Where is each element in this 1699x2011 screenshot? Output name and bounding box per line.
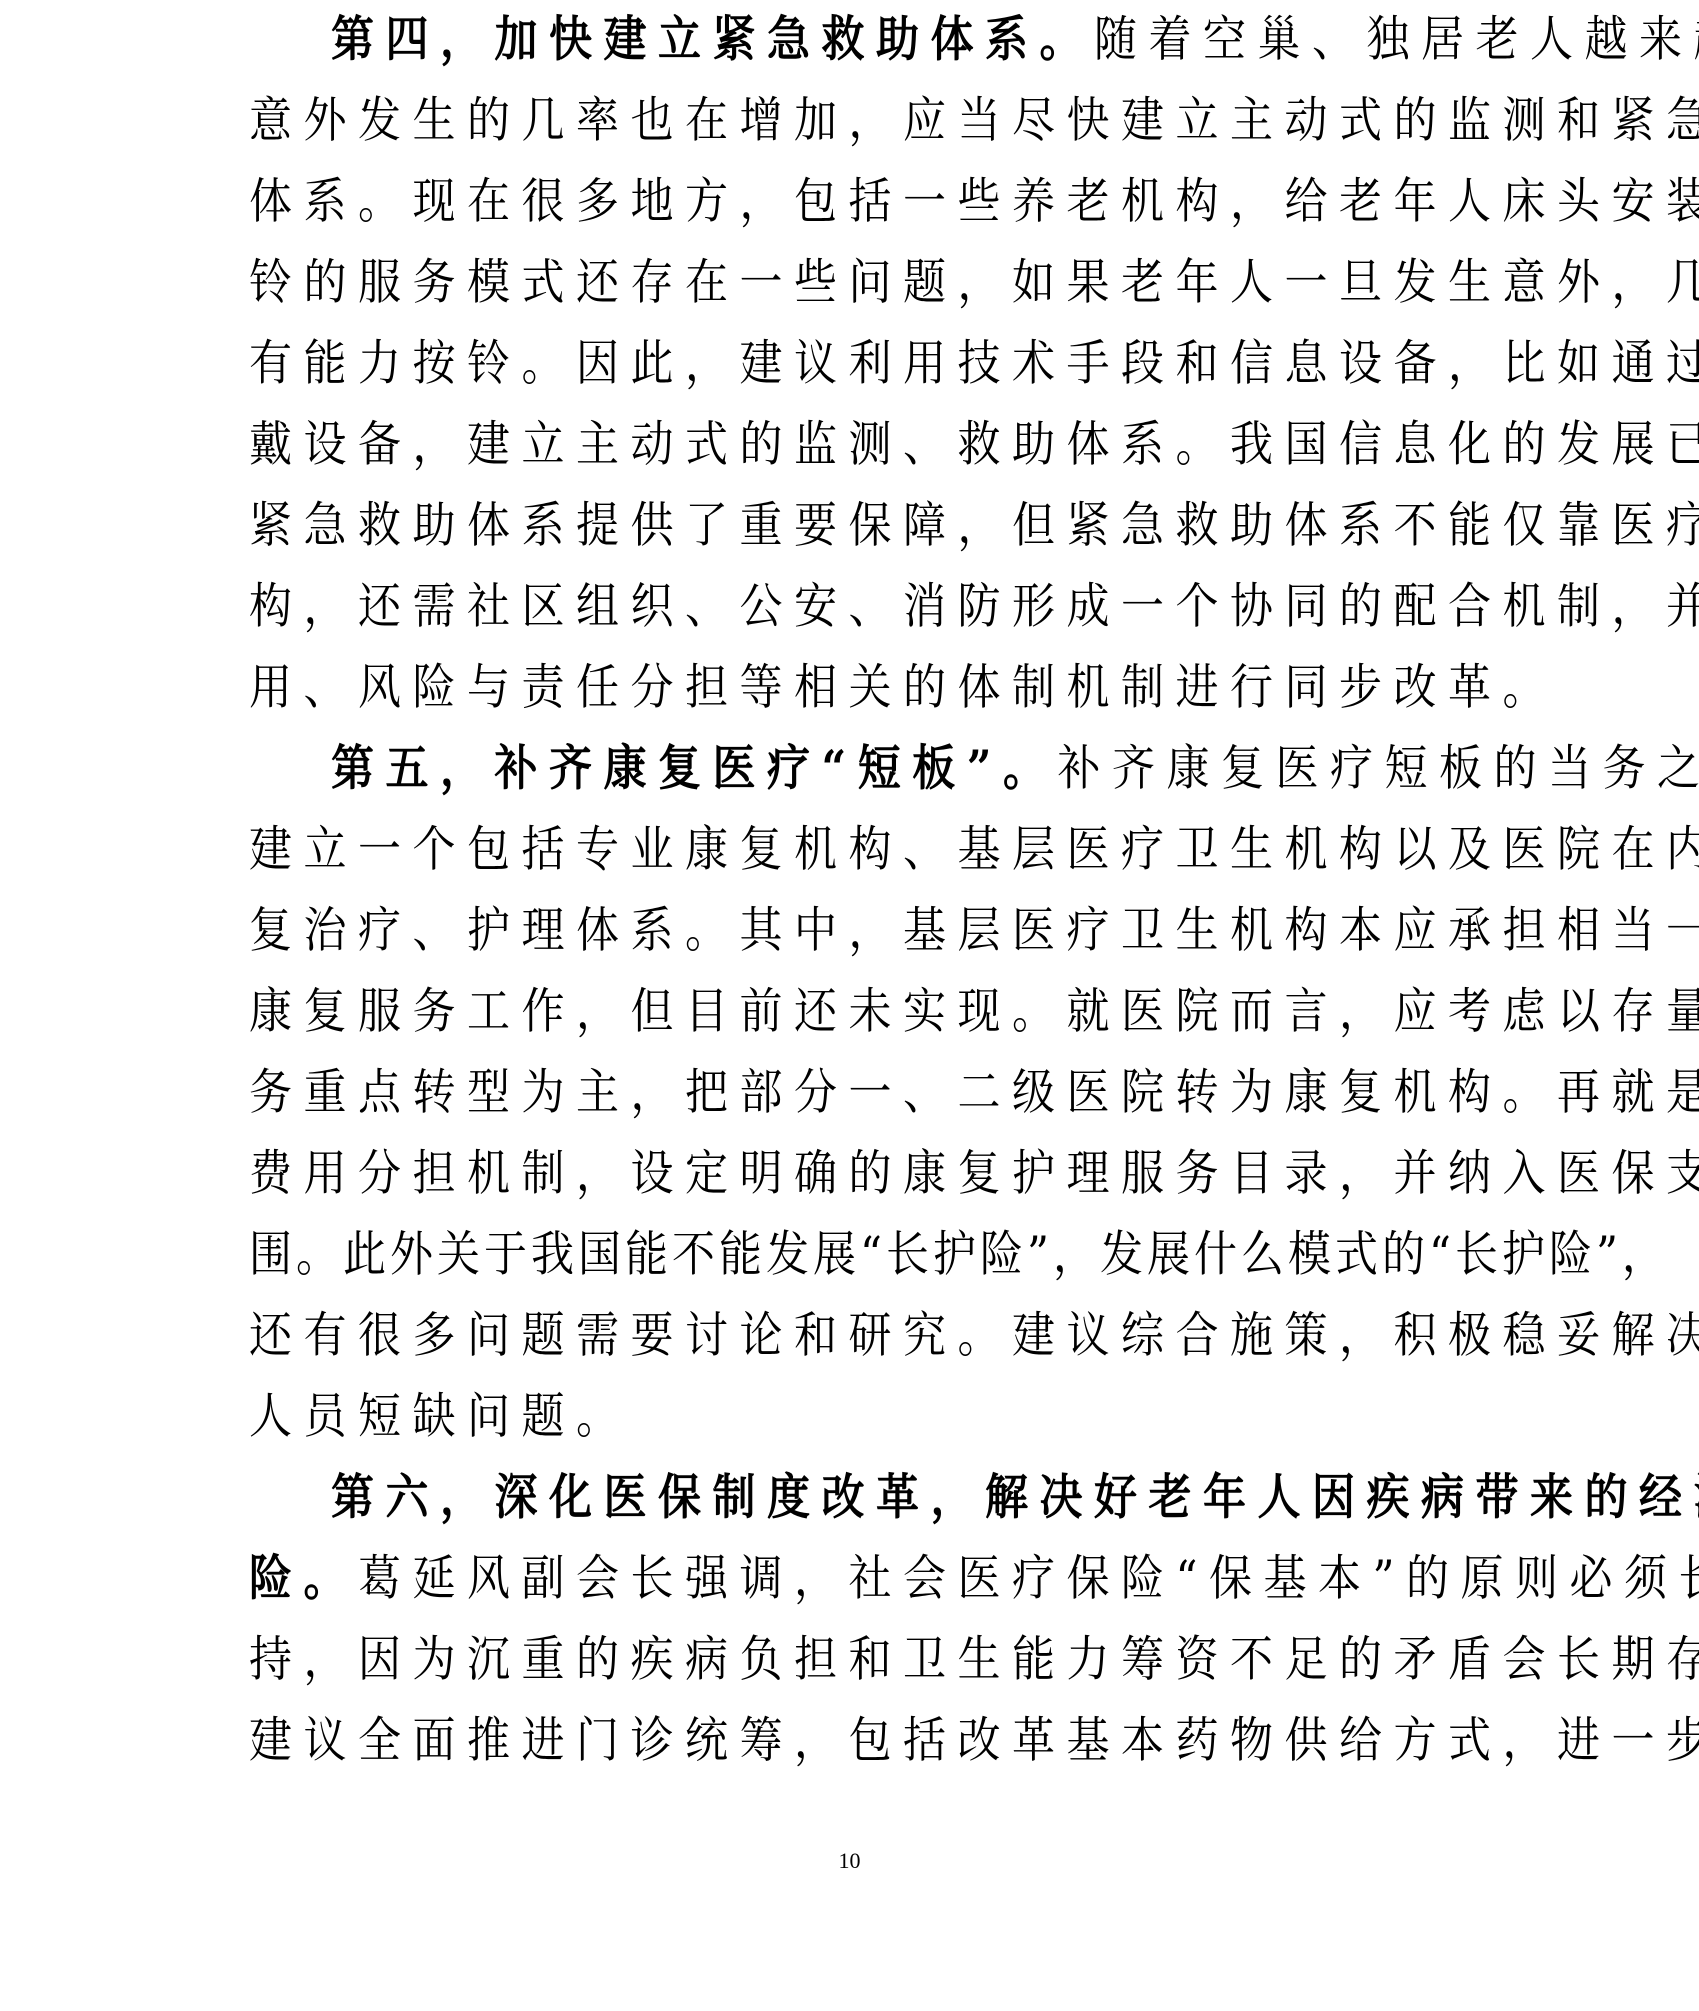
text-line: 第六，深化医保制度改革，解决好老年人因疾病带来的经济风 <box>249 1453 1451 1544</box>
text-line: 第四，加快建立紧急救助体系。随着空巢、独居老人越来越多， <box>249 0 1451 86</box>
text-line: 人员短缺问题。 <box>249 1372 1451 1463</box>
text-line: 围。此外关于我国能不能发展“长护险”，发展什么模式的“长护险”， <box>249 1210 1451 1301</box>
text-line: 第五，补齐康复医疗“短板”。补齐康复医疗短板的当务之急应 <box>249 724 1451 815</box>
text-line: 复治疗、护理体系。其中，基层医疗卫生机构本应承担相当一部分 <box>249 886 1451 977</box>
text-line: 构，还需社区组织、公安、消防形成一个协同的配合机制，并对费 <box>249 562 1451 653</box>
page-number: 10 <box>0 1848 1699 1874</box>
text-line: 体系。现在很多地方，包括一些养老机构，给老年人床头安装呼唤 <box>249 157 1451 248</box>
text-line: 紧急救助体系提供了重要保障，但紧急救助体系不能仅靠医疗机 <box>249 481 1451 572</box>
paragraph-heading: 第六，深化医保制度改革，解决好老年人因疾病带来的经济风 <box>331 1470 1699 1526</box>
text-line: 有能力按铃。因此，建议利用技术手段和信息设备，比如通过可穿 <box>249 319 1451 410</box>
text-line: 建议全面推进门诊统筹，包括改革基本药物供给方式，进一步完善 <box>249 1696 1451 1787</box>
text-line: 费用分担机制，设定明确的康复护理服务目录，并纳入医保支付范 <box>249 1129 1451 1220</box>
text-line: 持，因为沉重的疾病负担和卫生能力筹资不足的矛盾会长期存在。 <box>249 1615 1451 1706</box>
text-line: 务重点转型为主，把部分一、二级医院转为康复机构。再就是完善 <box>249 1048 1451 1139</box>
text-line: 意外发生的几率也在增加，应当尽快建立主动式的监测和紧急救助 <box>249 76 1451 167</box>
text-line: 康复服务工作，但目前还未实现。就医院而言，应考虑以存量和服 <box>249 967 1451 1058</box>
text-line: 铃的服务模式还存在一些问题，如果老年人一旦发生意外，几乎没 <box>249 238 1451 329</box>
paragraph-heading-continued: 险。 <box>249 1551 358 1607</box>
document-page: 第四，加快建立紧急救助体系。随着空巢、独居老人越来越多， 意外发生的几率也在增加… <box>0 0 1699 2011</box>
text-line: 戴设备，建立主动式的监测、救助体系。我国信息化的发展已经为 <box>249 400 1451 491</box>
paragraph-heading: 第四，加快建立紧急救助体系。 <box>331 12 1094 68</box>
text-line: 建立一个包括专业康复机构、基层医疗卫生机构以及医院在内的康 <box>249 805 1451 896</box>
paragraph-heading: 第五，补齐康复医疗“短板”。 <box>331 741 1057 797</box>
text-line: 险。葛延风副会长强调，社会医疗保险“保基本”的原则必须长期坚 <box>249 1534 1451 1625</box>
text-line: 用、风险与责任分担等相关的体制机制进行同步改革。 <box>249 643 1451 734</box>
text-line: 还有很多问题需要讨论和研究。建议综合施策，积极稳妥解决护理 <box>249 1291 1451 1382</box>
